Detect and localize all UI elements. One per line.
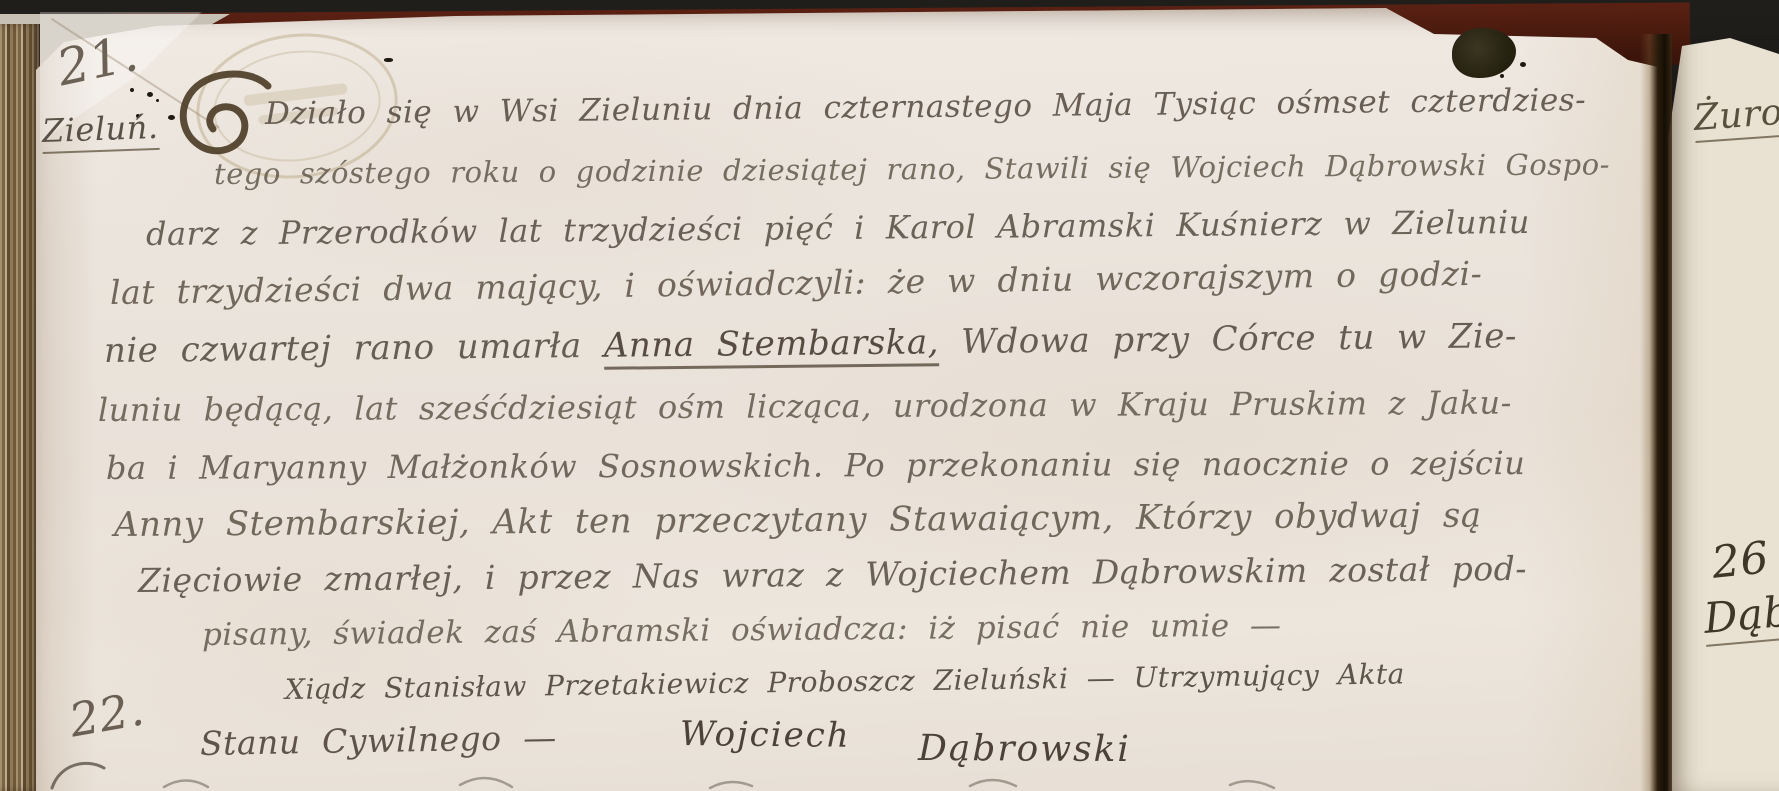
margin-place-name: Zieluń.	[41, 108, 159, 154]
record-line-text: Wdowa przy Córce tu w Zie-	[939, 316, 1517, 362]
ink-spatter	[384, 58, 393, 62]
cut-off-next-record-strokes	[150, 772, 1400, 791]
record-line: ba i Maryanny Małżonków Sosnowskich. Po …	[106, 444, 1525, 487]
ink-spatter	[130, 88, 134, 92]
cut-off-stroke	[46, 756, 116, 791]
record-line-text: nie czwartej rano umarła	[104, 326, 604, 371]
next-page-note: Dąb	[1702, 587, 1779, 647]
manuscript-photo: 21. Zieluń. 22. Działo się w Wsi Zieluni…	[0, 0, 1779, 791]
ink-spatter	[156, 99, 159, 102]
page-gutter-shadow	[1640, 34, 1672, 791]
witness-signature-first-name: Wojciech	[680, 714, 851, 756]
registrar-signature: Stanu Cywilnego —	[200, 718, 557, 763]
ink-spatter	[1500, 74, 1504, 78]
deceased-name: Anna Stembarska,	[604, 322, 939, 370]
next-page-heading: Żuro	[1692, 92, 1779, 143]
ink-spatter	[147, 92, 153, 97]
witness-signature-surname: Dąbrowski	[918, 728, 1131, 770]
record-line: luniu będącą, lat sześćdziesiąt ośm licz…	[98, 384, 1512, 429]
ink-spatter	[1520, 62, 1526, 67]
ink-spatter	[168, 115, 175, 120]
book-binding-page-edges	[0, 24, 40, 791]
next-page-note-number: 26	[1709, 532, 1771, 589]
